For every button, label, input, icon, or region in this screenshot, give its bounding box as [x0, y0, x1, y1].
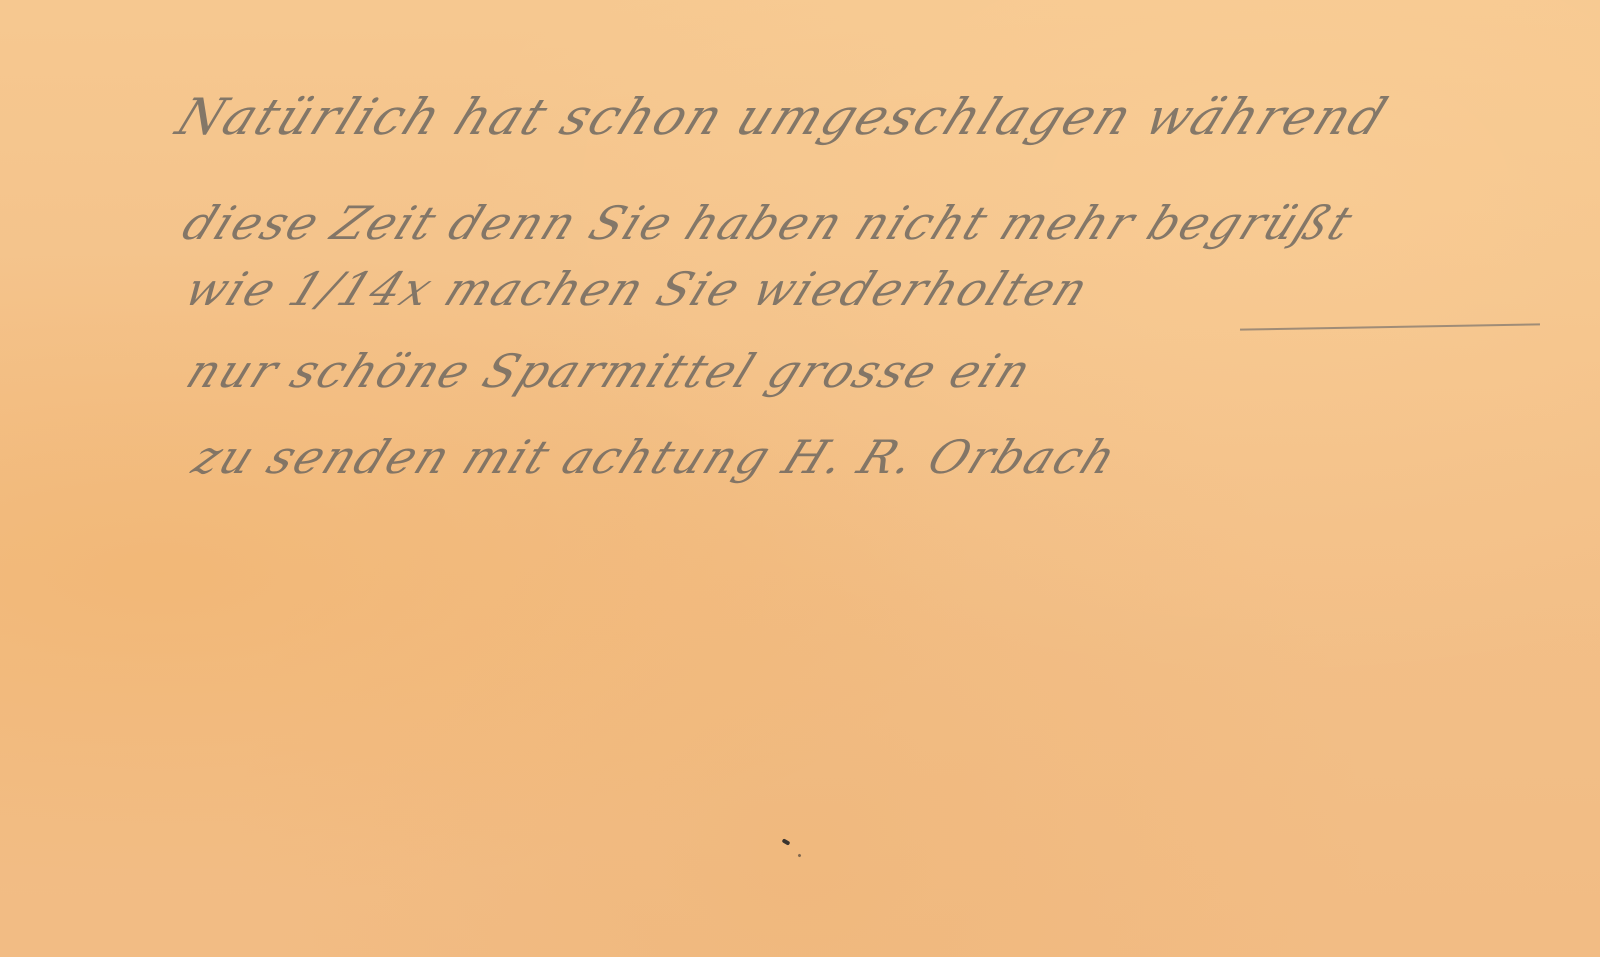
handwritten-line-3: wie 1/14x machen Sie wiederholten: [177, 262, 1098, 316]
handwritten-line-2: diese Zeit denn Sie haben nicht mehr beg…: [175, 196, 1362, 250]
postcard: Natürlich hat schon umgeschlagen während…: [0, 0, 1600, 957]
paper-speck: [797, 853, 801, 857]
handwritten-line-1: Natürlich hat schon umgeschlagen während: [168, 88, 1396, 146]
handwritten-line-4: nur schöne Sparmittel grosse ein: [179, 344, 1041, 398]
pen-stroke: [1240, 323, 1540, 330]
paper-speck: [782, 838, 791, 845]
handwritten-line-5-signature: zu senden mit achtung H. R. Orbach: [185, 430, 1126, 484]
